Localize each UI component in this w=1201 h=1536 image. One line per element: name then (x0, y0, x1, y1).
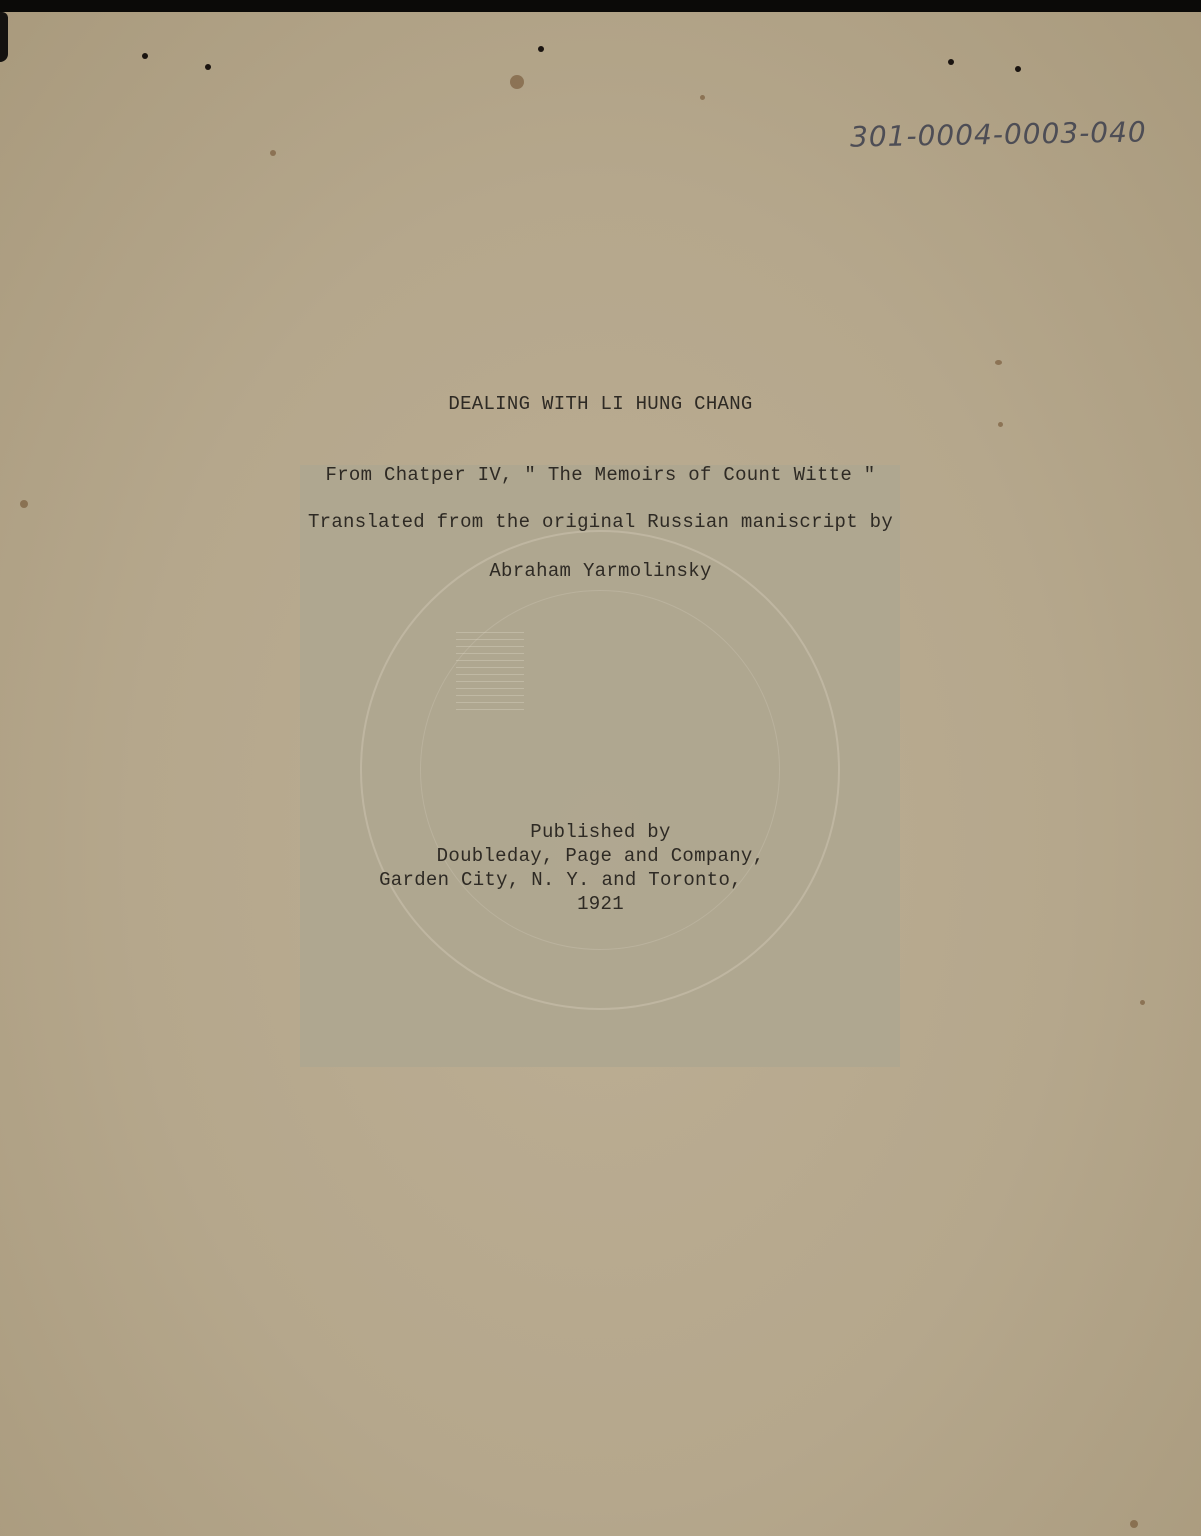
archive-number: 301-0004-0003-040 (850, 115, 1147, 153)
foxing-spot (1130, 1520, 1138, 1528)
paper-tear (0, 12, 8, 62)
translator-name: Abraham Yarmolinsky (0, 560, 1201, 582)
publisher-line-2: Doubleday, Page and Company, (0, 845, 1201, 867)
scan-top-edge (0, 0, 1201, 12)
publisher-line-3: Garden City, N. Y. and Toronto, (0, 869, 1161, 891)
punch-hole (1015, 66, 1021, 72)
translation-line: Translated from the original Russian man… (0, 511, 1201, 533)
publisher-line-1: Published by (0, 821, 1201, 843)
document-title: DEALING WITH LI HUNG CHANG (0, 393, 1201, 415)
document-page: 301-0004-0003-040 DEALING WITH LI HUNG C… (0, 0, 1201, 1536)
foxing-spot (270, 150, 276, 156)
punch-hole (538, 46, 544, 52)
publication-year: 1921 (0, 893, 1201, 915)
embossed-seal-stripes (456, 632, 524, 712)
punch-hole (948, 59, 954, 65)
foxing-spot (998, 422, 1003, 427)
foxing-spot (700, 95, 705, 100)
source-line: From Chatper IV, " The Memoirs of Count … (0, 464, 1201, 486)
foxing-spot (1140, 1000, 1145, 1005)
punch-hole (142, 53, 148, 59)
foxing-spot (995, 360, 1002, 365)
foxing-spot (510, 75, 524, 89)
foxing-spot (20, 500, 28, 508)
punch-hole (205, 64, 211, 70)
